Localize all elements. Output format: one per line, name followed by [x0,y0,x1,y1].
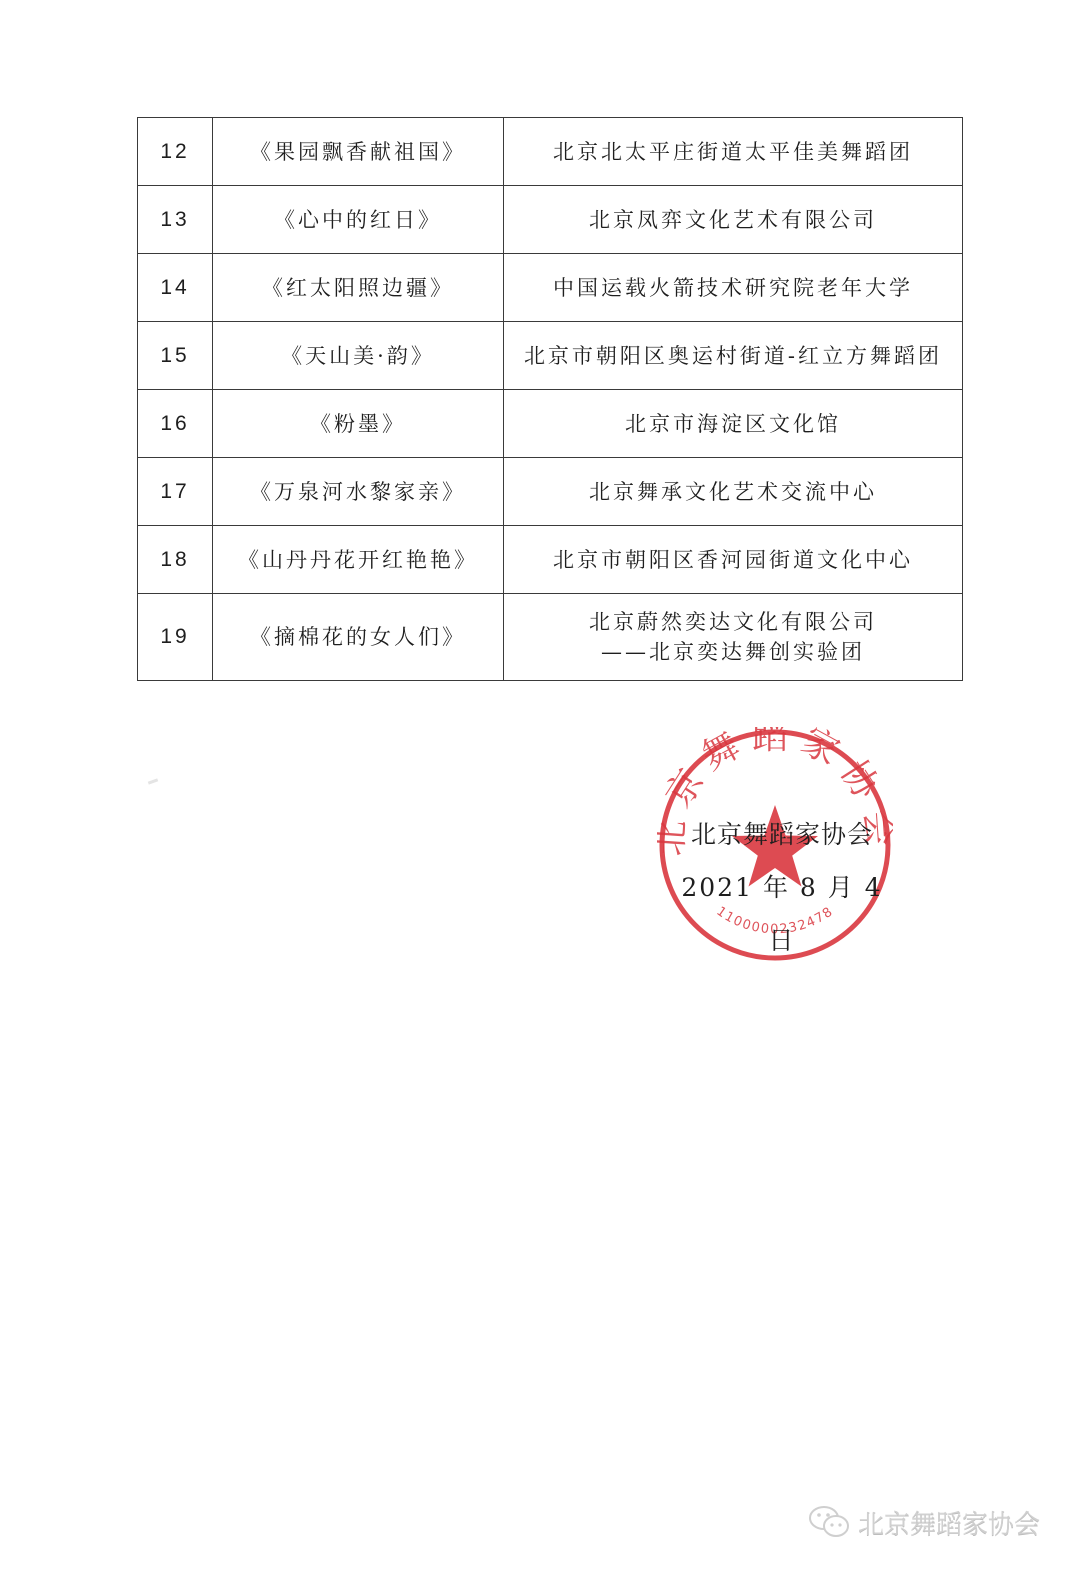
work-title: 《红太阳照边疆》 [213,254,504,322]
unit-name: 北京市朝阳区香河园街道文化中心 [504,526,963,594]
signature-date: 2021 年 8 月 4 日 [672,861,892,967]
unit-name: 北京蔚然奕达文化有限公司 ——北京奕达舞创实验团 [504,594,963,681]
work-title: 《心中的红日》 [213,186,504,254]
row-number: 12 [138,118,213,186]
document-page: 12 《果园飘香献祖国》 北京北太平庄街道太平佳美舞蹈团 13 《心中的红日》 … [0,0,1080,1569]
unit-name: 北京北太平庄街道太平佳美舞蹈团 [504,118,963,186]
table-row: 14 《红太阳照边疆》 中国运载火箭技术研究院老年大学 [138,254,963,322]
row-number: 16 [138,390,213,458]
table-row: 12 《果园飘香献祖国》 北京北太平庄街道太平佳美舞蹈团 [138,118,963,186]
table-row: 15 《天山美·韵》 北京市朝阳区奥运村街道-红立方舞蹈团 [138,322,963,390]
unit-name: 中国运载火箭技术研究院老年大学 [504,254,963,322]
row-number: 19 [138,594,213,681]
watermark-label: 北京舞蹈家协会 [858,1504,1040,1541]
work-title: 《摘棉花的女人们》 [213,594,504,681]
watermark: 北京舞蹈家协会 [808,1500,1040,1544]
work-title: 《果园飘香献祖国》 [213,118,504,186]
signature-org: 北京舞蹈家协会 [672,808,892,861]
work-title: 《万泉河水黎家亲》 [213,458,504,526]
table-row: 18 《山丹丹花开红艳艳》 北京市朝阳区香河园街道文化中心 [138,526,963,594]
row-number: 18 [138,526,213,594]
unit-name: 北京舞承文化艺术交流中心 [504,458,963,526]
table-row: 19 《摘棉花的女人们》 北京蔚然奕达文化有限公司 ——北京奕达舞创实验团 [138,594,963,681]
row-number: 13 [138,186,213,254]
work-title: 《山丹丹花开红艳艳》 [213,526,504,594]
row-number: 15 [138,322,213,390]
row-number: 14 [138,254,213,322]
signature-block: 北京舞蹈家协会 2021 年 8 月 4 日 [672,808,892,967]
work-title: 《天山美·韵》 [213,322,504,390]
unit-name: 北京市海淀区文化馆 [504,390,963,458]
unit-name: 北京凤弈文化艺术有限公司 [504,186,963,254]
table-row: 17 《万泉河水黎家亲》 北京舞承文化艺术交流中心 [138,458,963,526]
scan-speck [148,778,158,784]
unit-name: 北京市朝阳区奥运村街道-红立方舞蹈团 [504,322,963,390]
wechat-icon [808,1504,852,1540]
work-title: 《粉墨》 [213,390,504,458]
table-row: 13 《心中的红日》 北京凤弈文化艺术有限公司 [138,186,963,254]
row-number: 17 [138,458,213,526]
table-row: 16 《粉墨》 北京市海淀区文化馆 [138,390,963,458]
awards-table: 12 《果园飘香献祖国》 北京北太平庄街道太平佳美舞蹈团 13 《心中的红日》 … [137,117,963,681]
